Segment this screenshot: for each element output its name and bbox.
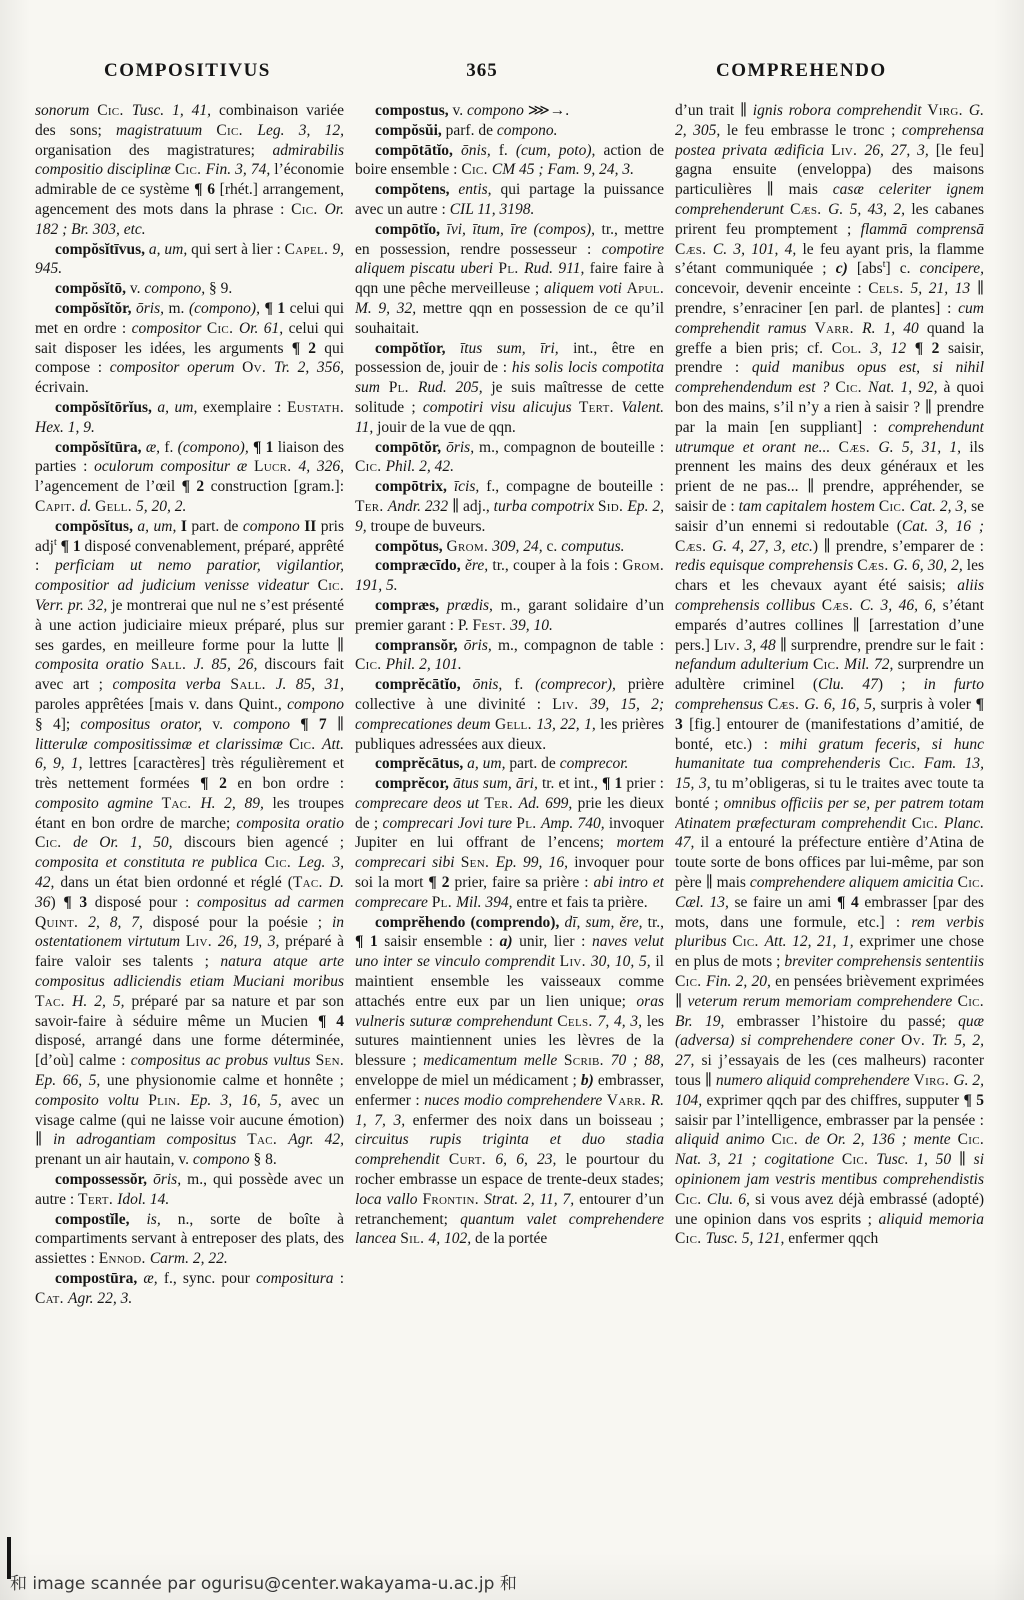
column-middle: compostus, v. compono ⋙→.compŏsŭi, parf.… bbox=[355, 101, 664, 1547]
dictionary-paragraph: compōtŏr, ōris, m., compagnon de bouteil… bbox=[355, 438, 664, 478]
dictionary-paragraph: compōtātĭo, ōnis, f. (cum, poto), action… bbox=[355, 141, 664, 181]
dictionary-page-scan: COMPOSITIVUS 365 COMPREHENDO sonorum Cic… bbox=[0, 0, 1024, 1600]
dictionary-paragraph: compōtĭo, īvi, ītum, īre (compos), tr., … bbox=[355, 220, 664, 339]
dictionary-paragraph: compossessŏr, ōris, m., qui possède avec… bbox=[35, 1170, 344, 1210]
dictionary-paragraph: compŏsĭtus, a, um, I part. de compono II… bbox=[35, 517, 344, 1170]
dictionary-paragraph: sonorum Cic. Tusc. 1, 41, combinaison va… bbox=[35, 101, 344, 240]
dictionary-paragraph: comprĕhendo (comprendo), dī, sum, ĕre, t… bbox=[355, 913, 664, 1250]
dictionary-paragraph: compŏtĭor, ītus sum, īri, int., être en … bbox=[355, 339, 664, 438]
dictionary-paragraph: compŏsŭi, parf. de compono. bbox=[355, 121, 664, 141]
dictionary-paragraph: compōtrix, īcis, f., compagne de bouteil… bbox=[355, 477, 664, 536]
dictionary-paragraph: compransŏr, ōris, m., compagnon de table… bbox=[355, 636, 664, 676]
dictionary-paragraph: compræcīdo, ĕre, tr., couper à la fois :… bbox=[355, 556, 664, 596]
column-right: d’un trait ∥ ignis robora comprehendit V… bbox=[675, 101, 984, 1547]
dictionary-paragraph: compŏtens, entis, qui partage la puissan… bbox=[355, 180, 664, 220]
dictionary-paragraph: compŏsĭtōrĭus, a, um, exemplaire : Eusta… bbox=[35, 398, 344, 438]
column-left: sonorum Cic. Tusc. 1, 41, combinaison va… bbox=[35, 101, 344, 1547]
dictionary-paragraph: comprĕcātĭo, ōnis, f. (comprecor), prièr… bbox=[355, 675, 664, 754]
dictionary-paragraph: compostĭle, is, n., sorte de boîte à com… bbox=[35, 1210, 344, 1269]
page-header: COMPOSITIVUS 365 COMPREHENDO bbox=[0, 60, 1024, 86]
header-guideword-left: COMPOSITIVUS bbox=[104, 60, 271, 82]
scan-credit-line: 和 image scannée par ogurisu@center.wakay… bbox=[10, 1569, 517, 1594]
dictionary-paragraph: compostus, v. compono ⋙→. bbox=[355, 101, 664, 121]
dictionary-paragraph: compŏsĭtŏr, ōris, m. (compono), ¶ 1 celu… bbox=[35, 299, 344, 398]
dictionary-paragraph: compŏsĭtō, v. compono, § 9. bbox=[35, 279, 344, 299]
dictionary-paragraph: compŏtus, Grom. 309, 24, c. computus. bbox=[355, 537, 664, 557]
dictionary-paragraph: compostūra, æ, f., sync. pour compositur… bbox=[35, 1269, 344, 1309]
dictionary-paragraph: compŏsĭtīvus, a, um, qui sert à lier : C… bbox=[35, 240, 344, 280]
dictionary-paragraph: comprĕcor, ātus sum, āri, tr. et int., ¶… bbox=[355, 774, 664, 913]
dictionary-paragraph: d’un trait ∥ ignis robora comprehendit V… bbox=[675, 101, 984, 1249]
dictionary-paragraph: compŏsĭtūra, æ, f. (compono), ¶ 1 liaiso… bbox=[35, 438, 344, 517]
header-guideword-right: COMPREHENDO bbox=[716, 60, 887, 82]
text-columns: sonorum Cic. Tusc. 1, 41, combinaison va… bbox=[35, 101, 984, 1547]
dictionary-paragraph: compræs, prædis, m., garant solidaire d’… bbox=[355, 596, 664, 636]
dictionary-paragraph: comprĕcātus, a, um, part. de comprecor. bbox=[355, 754, 664, 774]
header-page-number: 365 bbox=[452, 60, 512, 82]
